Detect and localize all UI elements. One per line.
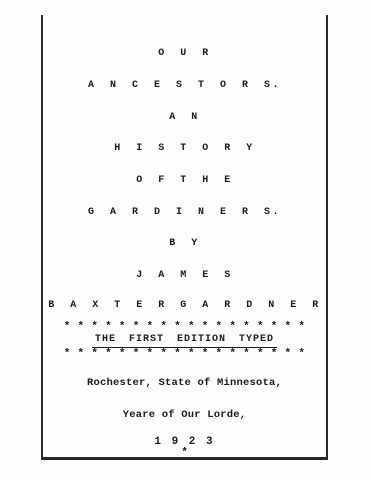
title-line-ancestors: A N C E S T O R S. bbox=[43, 80, 326, 92]
title-line-of-the: O F T H E bbox=[43, 175, 326, 187]
title-line-gardiners: G A R D I N E R S. bbox=[43, 207, 326, 219]
single-asterisk-mark: * bbox=[43, 447, 326, 459]
title-line-an: A N bbox=[43, 112, 326, 124]
page-border-frame: O U R A N C E S T O R S. A N H I S T O R… bbox=[41, 15, 328, 460]
edition-statement: THE FIRST EDITION TYPED bbox=[43, 334, 326, 348]
author-last-names: B A X T E R G A R D N E R bbox=[43, 300, 326, 312]
edition-statement-text: THE FIRST EDITION TYPED bbox=[92, 334, 277, 348]
author-first-name: J A M E S bbox=[43, 270, 326, 282]
imprint-place: Rochester, State of Minnesota, bbox=[43, 377, 326, 389]
asterisk-row-bottom: * * * * * * * * * * * * * * * * * * bbox=[43, 348, 326, 360]
title-line-history: H I S T O R Y bbox=[43, 143, 326, 155]
title-line-our: O U R bbox=[43, 48, 326, 60]
byline-by: B Y bbox=[43, 238, 326, 250]
asterisk-row-top: * * * * * * * * * * * * * * * * * * bbox=[43, 321, 326, 333]
scanned-title-page: O U R A N C E S T O R S. A N H I S T O R… bbox=[0, 0, 371, 480]
imprint-year-phrase: Yeare of Our Lorde, bbox=[43, 409, 326, 421]
